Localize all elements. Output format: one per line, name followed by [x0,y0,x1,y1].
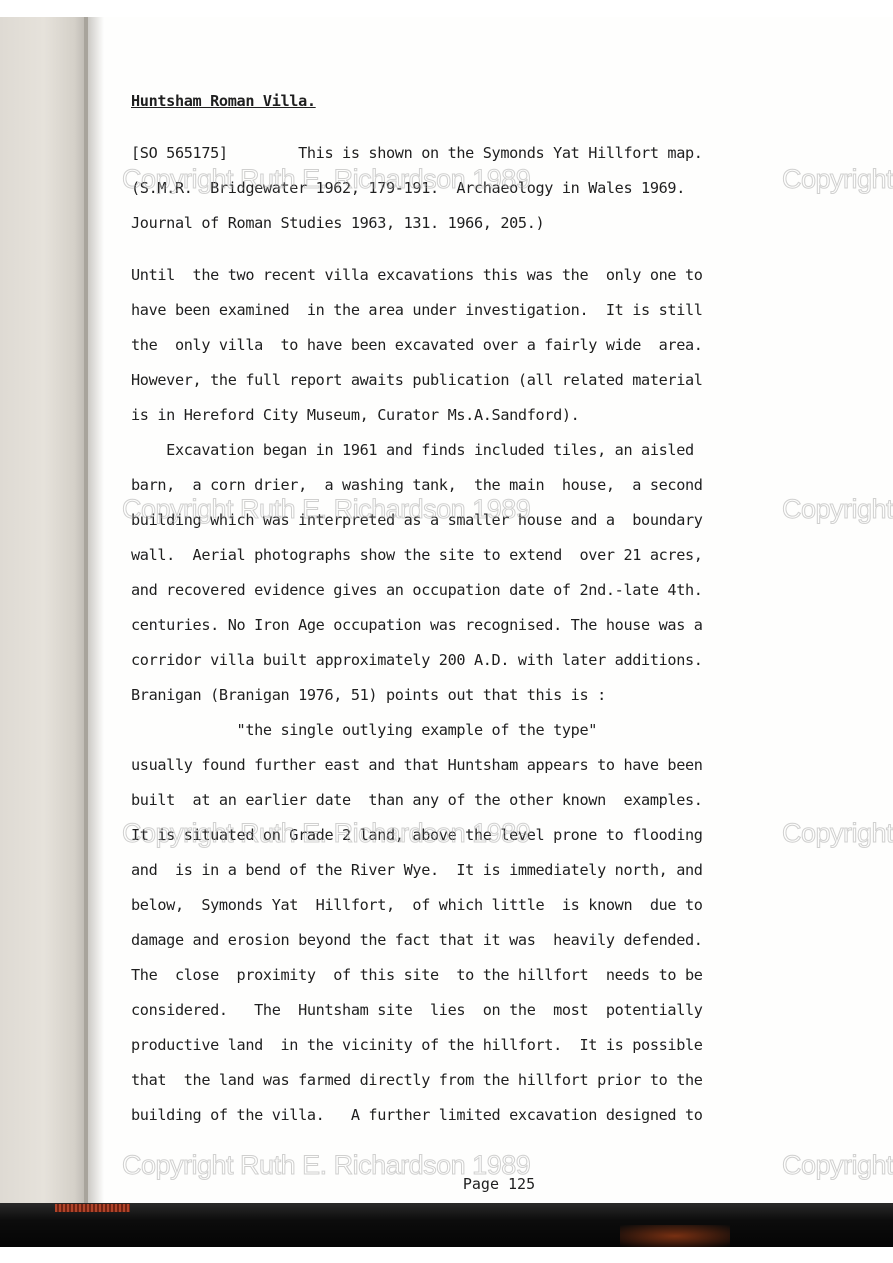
paragraph-line: built at an earlier date than any of the… [131,790,703,810]
watermark: Copyright [782,494,893,525]
paragraph-line: damage and erosion beyond the fact that … [131,930,703,950]
document-title: Huntsham Roman Villa. [131,91,316,111]
paragraph-line: and recovered evidence gives an occupati… [131,580,703,600]
paragraph-line: and is in a bend of the River Wye. It is… [131,860,703,880]
watermark: Copyright Ruth E. Richardson 1989 [122,164,530,195]
paragraph-line: below, Symonds Yat Hillfort, of which li… [131,895,703,915]
scan-margin [0,1247,893,1263]
document-body: Huntsham Roman Villa. [SO 565175] This i… [131,0,821,162]
watermark: Copyright [782,818,893,849]
paragraph-line: productive land in the vicinity of the h… [131,1035,703,1055]
paragraph-line: wall. Aerial photographs show the site t… [131,545,703,565]
paragraph-line: is in Hereford City Museum, Curator Ms.A… [131,405,579,425]
paragraph-line: that the land was farmed directly from t… [131,1070,703,1090]
paragraph-line: considered. The Huntsham site lies on th… [131,1000,703,1020]
paragraph-line: centuries. No Iron Age occupation was re… [131,615,703,635]
paragraph-line: barn, a corn drier, a washing tank, the … [131,475,703,495]
book-edge-glow [620,1225,730,1247]
watermark: Copyright Ruth E. Richardson 1989 [122,494,530,525]
paragraph-line: The close proximity of this site to the … [131,965,703,985]
paragraph-line: However, the full report awaits publicat… [131,370,703,390]
book-spine-shadow [0,17,88,1207]
paragraph-line: Until the two recent villa excavations t… [131,265,703,285]
paragraph-line: have been examined in the area under inv… [131,300,703,320]
book-binding-stripe [55,1204,130,1212]
watermark: Copyright Ruth E. Richardson 1989 [122,818,530,849]
paragraph-line: usually found further east and that Hunt… [131,755,703,775]
paragraph-line: the only villa to have been excavated ov… [131,335,703,355]
paragraph-line: building of the villa. A further limited… [131,1105,703,1125]
book-edge-band [0,1203,893,1247]
paragraph-line: "the single outlying example of the type… [131,720,597,740]
paragraph-line: Excavation began in 1961 and finds inclu… [131,440,694,460]
paragraph-line: corridor villa built approximately 200 A… [131,650,703,670]
page-number: Page 125 [0,1175,893,1193]
reference-line: Journal of Roman Studies 1963, 131. 1966… [131,213,544,233]
paragraph-line: Branigan (Branigan 1976, 51) points out … [131,685,606,705]
reference-line: [SO 565175] This is shown on the Symonds… [131,143,703,163]
page-gutter-shadow [84,17,104,1207]
watermark: Copyright [782,164,893,195]
